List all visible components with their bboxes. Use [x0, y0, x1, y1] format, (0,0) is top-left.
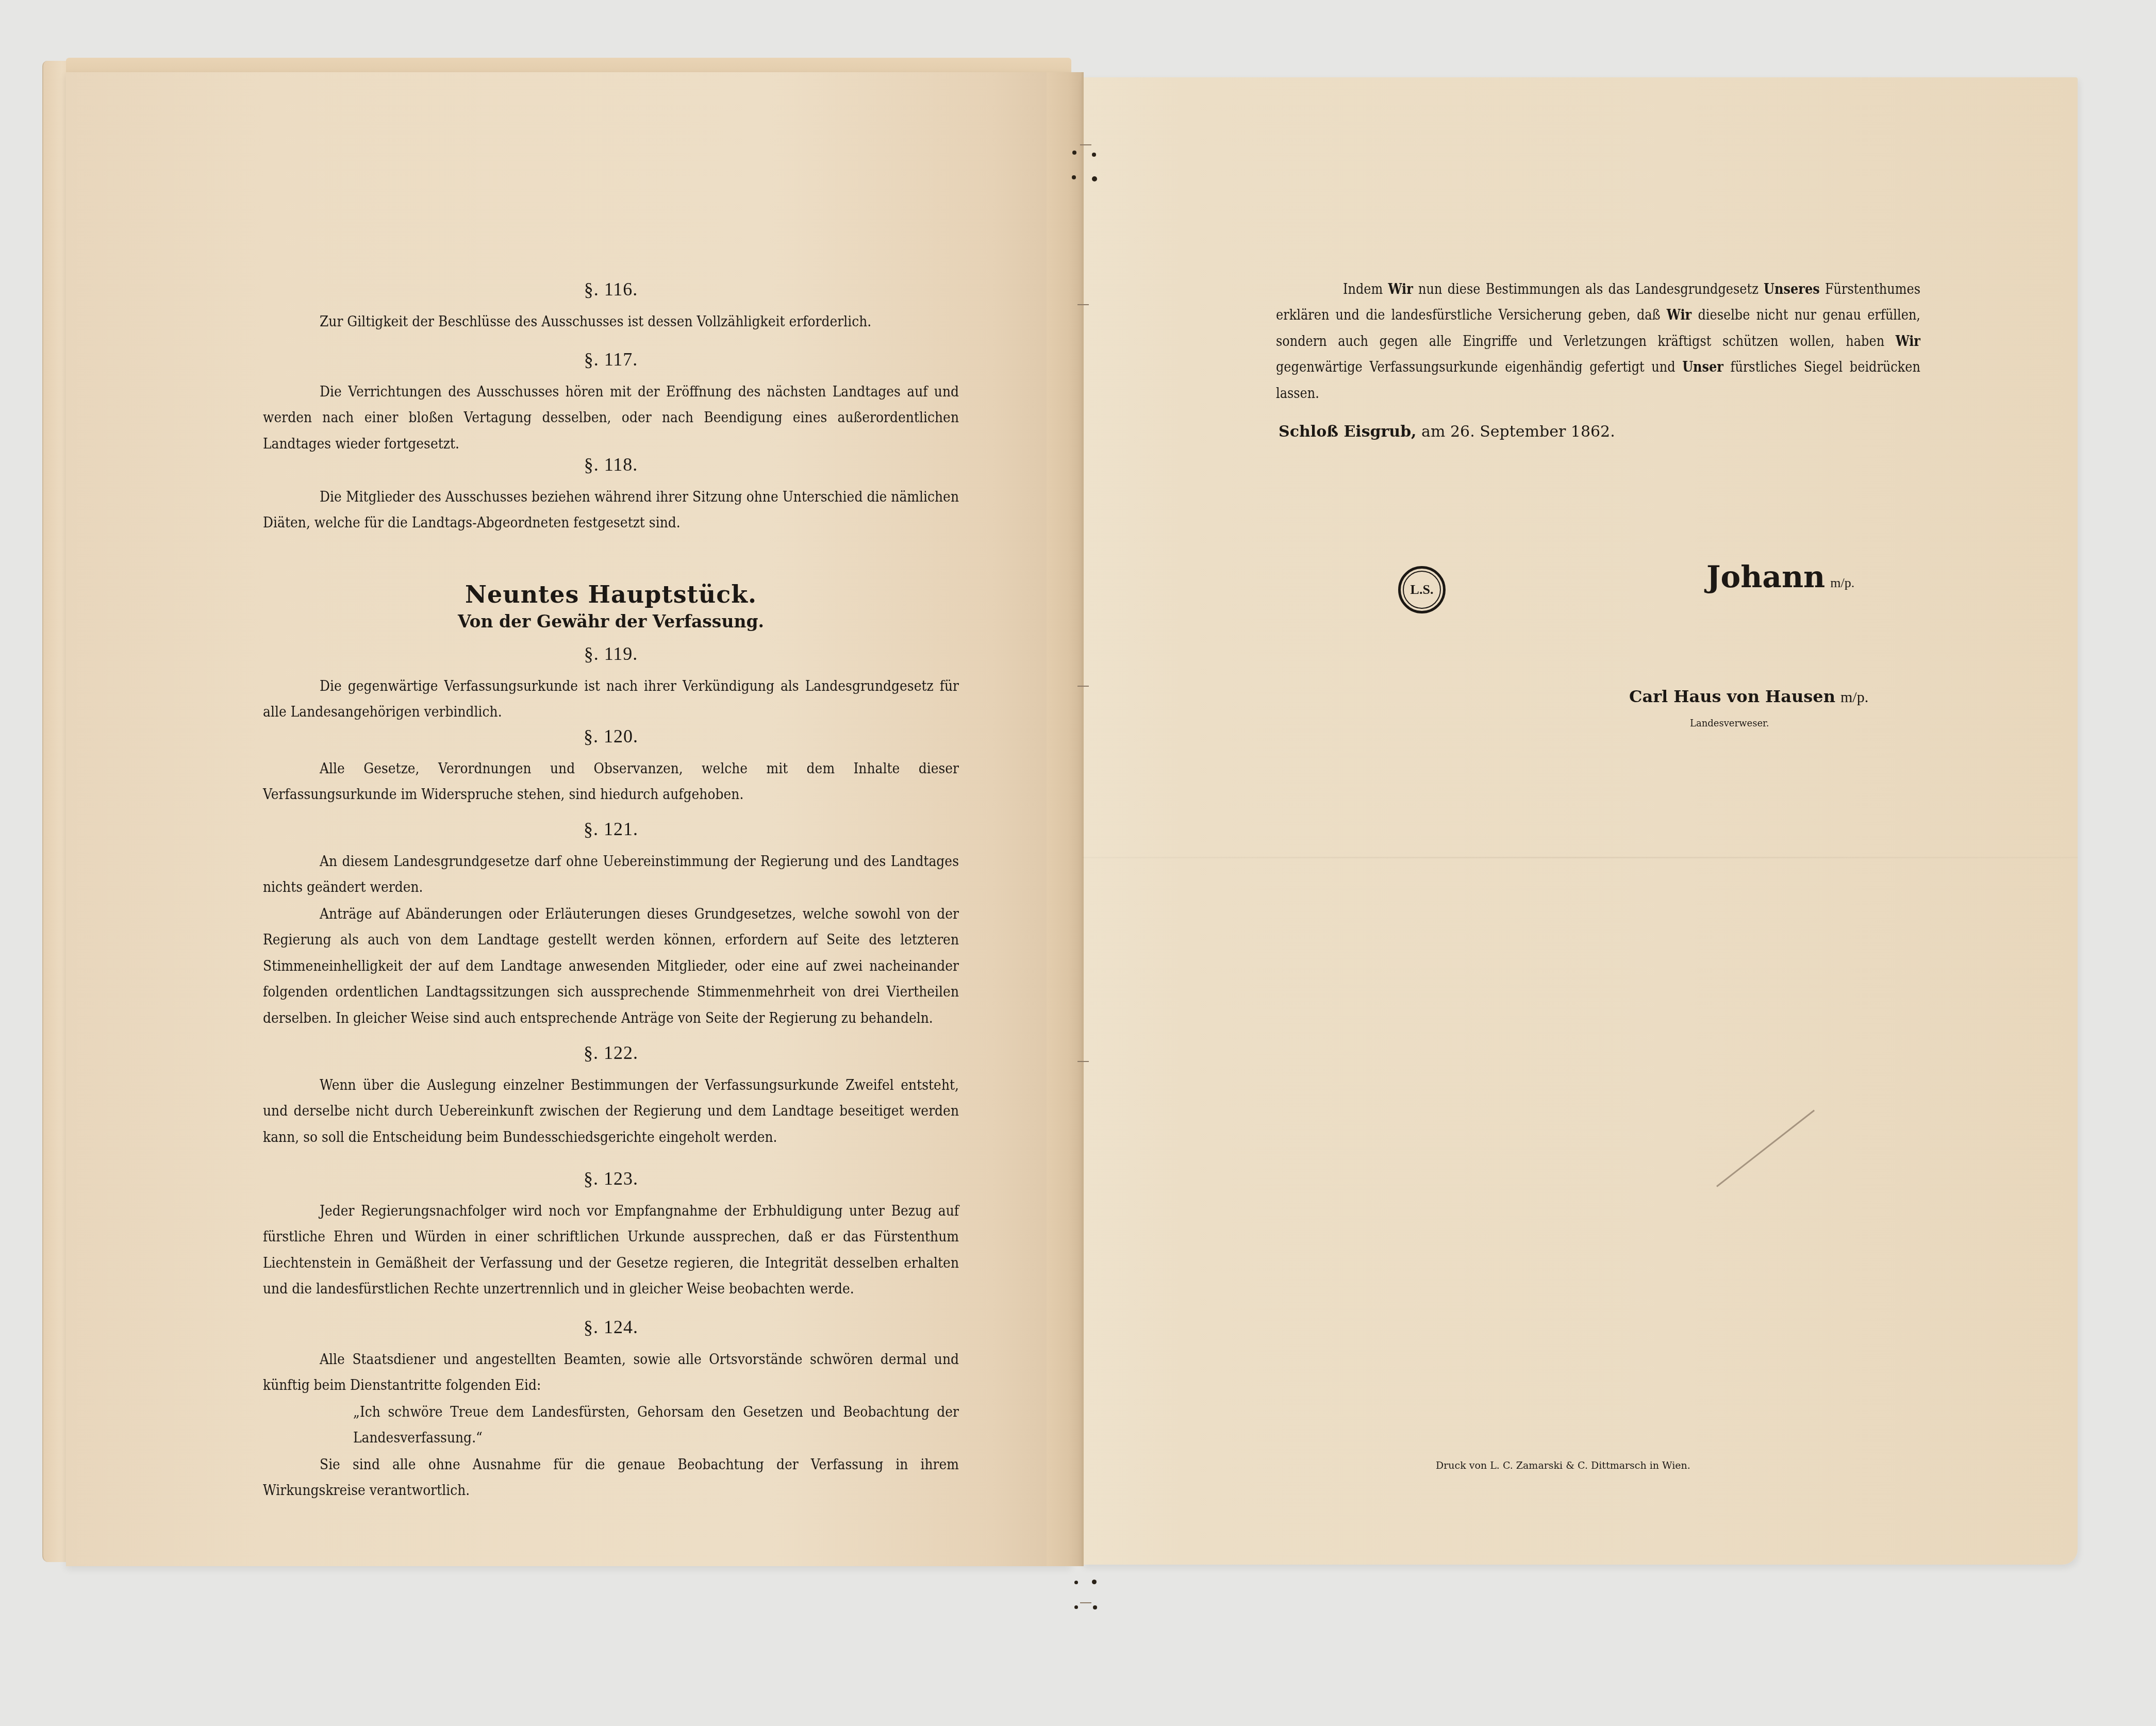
- text-run: gegenwärtige Verfassungsurkunde eigenhän…: [1276, 359, 1682, 375]
- chapter-subtitle: Von der Gewähr der Verfassung.: [263, 611, 959, 632]
- text-run-bold: Wir: [1896, 332, 1920, 349]
- right-page-text: Indem Wir nun diese Bestimmungen als das…: [1276, 276, 1920, 396]
- spine-fold: [1082, 72, 1084, 1566]
- seal-text: L.S.: [1403, 571, 1441, 609]
- prince-name: Johann: [1706, 559, 1825, 594]
- stitch-hole-icon: [1093, 1605, 1097, 1609]
- section-number: §. 116.: [263, 278, 959, 300]
- section-paragraph: Alle Gesetze, Verordnungen und Observanz…: [263, 755, 959, 807]
- section-number: §. 117.: [263, 348, 959, 370]
- gutter-tick: [1077, 1061, 1089, 1062]
- section-paragraph: Alle Staatsdiener und angestellten Beamt…: [263, 1346, 959, 1398]
- seal-icon: L.S.: [1398, 566, 1446, 613]
- printer-imprint: Druck von L. C. Zamarski & C. Dittmarsch…: [1436, 1460, 1690, 1471]
- stitch-hole-icon: [1092, 176, 1097, 181]
- text-run-bold: Unser: [1682, 358, 1723, 375]
- book-gutter: [1047, 72, 1084, 1566]
- section-number: §. 123.: [263, 1168, 959, 1189]
- regent-signature: Carl Haus von Hausenm/p.: [1629, 687, 1868, 706]
- stitch-hole-icon: [1072, 151, 1076, 155]
- text-run-bold: Wir: [1388, 280, 1413, 297]
- regent-title: Landesverweser.: [1690, 718, 1769, 729]
- stitch-hole-icon: [1072, 175, 1076, 179]
- section-number: §. 122.: [263, 1042, 959, 1064]
- text-run: nun diese Bestimmungen als das Landesgru…: [1413, 280, 1764, 297]
- text-run: Indem: [1343, 280, 1388, 297]
- section-number: §. 119.: [263, 643, 959, 665]
- section-number: §. 121.: [263, 818, 959, 840]
- horizontal-fold-crease: [1083, 857, 2078, 858]
- promulgation-paragraph: Indem Wir nun diese Bestimmungen als das…: [1276, 276, 1920, 406]
- gutter-tick: [1080, 1602, 1091, 1603]
- section-paragraph: Die gegenwärtige Verfassungsurkunde ist …: [263, 673, 959, 725]
- section-number: §. 118.: [263, 454, 959, 475]
- chapter-title: Neuntes Hauptstück.: [263, 580, 959, 608]
- stitch-hole-icon: [1074, 1581, 1078, 1584]
- stitch-hole-icon: [1092, 153, 1096, 157]
- stitch-hole-icon: [1092, 1580, 1097, 1584]
- section-number: §. 120.: [263, 725, 959, 747]
- gutter-tick: [1077, 686, 1089, 687]
- section-paragraph: An diesem Landesgrundgesetze darf ohne U…: [263, 848, 959, 900]
- place-and-date: Schloß Eisgrub, am 26. September 1862.: [1279, 423, 1615, 441]
- section-paragraph: Die Mitglieder des Ausschusses beziehen …: [263, 484, 959, 536]
- text-run-bold: Unseres: [1764, 280, 1820, 297]
- prince-signature: Johannm/p.: [1706, 559, 1854, 594]
- oath-text: „Ich schwöre Treue dem Landesfürsten, Ge…: [263, 1399, 959, 1451]
- section-paragraph: Wenn über die Auslegung einzelner Bestim…: [263, 1072, 959, 1150]
- manu-propria: m/p.: [1830, 575, 1854, 590]
- section-paragraph: Sie sind alle ohne Ausnahme für die gena…: [263, 1451, 959, 1503]
- gutter-tick: [1077, 304, 1089, 305]
- section-number: §. 124.: [263, 1316, 959, 1338]
- section-paragraph: Jeder Regierungsnachfolger wird noch vor…: [263, 1198, 959, 1302]
- section-paragraph: Anträge auf Abänderungen oder Erläuterun…: [263, 901, 959, 1031]
- regent-name: Carl Haus von Hausen: [1629, 687, 1835, 706]
- section-paragraph: Zur Giltigkeit der Beschlüsse des Aussch…: [263, 308, 959, 335]
- date: am 26. September 1862.: [1421, 423, 1615, 441]
- section-paragraph: Die Verrichtungen des Ausschusses hören …: [263, 378, 959, 457]
- gutter-tick: [1080, 144, 1091, 145]
- place: Schloß Eisgrub,: [1279, 423, 1417, 441]
- text-run-bold: Wir: [1667, 306, 1691, 323]
- left-page-text: §. 116. Zur Giltigkeit der Beschlüsse de…: [263, 278, 959, 1504]
- stitch-hole-icon: [1074, 1605, 1078, 1609]
- manu-propria: m/p.: [1840, 689, 1868, 706]
